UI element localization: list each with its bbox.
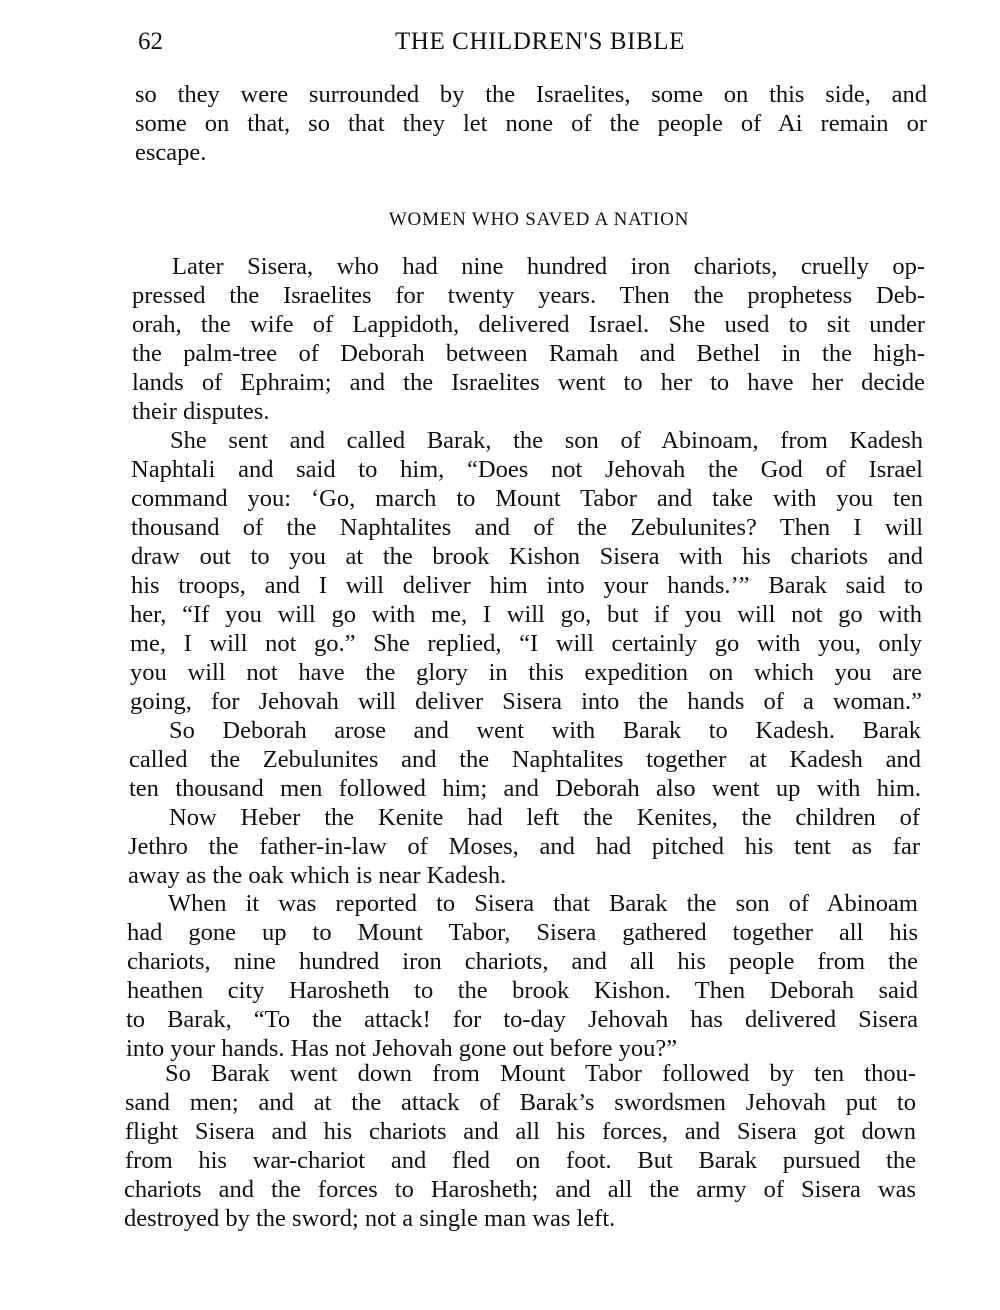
text-line: away as the oak which is near Kadesh.	[128, 861, 920, 890]
text-line: heathen city Harosheth to the brook Kish…	[127, 976, 918, 1005]
text-line: thousand of the Naphtalites and of the Z…	[131, 513, 923, 542]
text-line: his troops, and I will deliver him into …	[131, 571, 923, 600]
text-line: had gone up to Mount Tabor, Sisera gathe…	[127, 918, 918, 947]
text-line: orah, the wife of Lappidoth, delivered I…	[132, 310, 925, 339]
text-line: from his war-chariot and fled on foot. B…	[125, 1146, 916, 1175]
text-line: destroyed by the sword; not a single man…	[124, 1204, 916, 1233]
section-heading: WOMEN WHO SAVED A NATION	[130, 206, 934, 234]
text-line: so they were surrounded by the Israelite…	[135, 80, 927, 109]
text-line: command you: ‘Go, march to Mount Tabor a…	[131, 484, 923, 513]
text-line: chariots, nine hundred iron chariots, an…	[127, 947, 918, 976]
text-line: their disputes.	[132, 397, 925, 426]
book-page: 62 THE CHILDREN'S BIBLE so they were sur…	[0, 0, 1000, 1310]
text-line: escape.	[135, 138, 927, 167]
text-line: me, I will not go.” She replied, “I will…	[130, 629, 922, 658]
text-line: Later Sisera, who had nine hundred iron …	[172, 252, 925, 281]
text-line: Naphtali and said to him, “Does not Jeho…	[131, 455, 923, 484]
text-line: to Barak, “To the attack! for to-day Jeh…	[126, 1005, 918, 1034]
text-line: When it was reported to Sisera that Bara…	[168, 889, 918, 918]
text-line: sand men; and at the attack of Barak’s s…	[125, 1088, 916, 1117]
text-line: lands of Ephraim; and the Israelites wen…	[132, 368, 925, 397]
text-line: Now Heber the Kenite had left the Kenite…	[169, 803, 920, 832]
text-line: chariots and the forces to Harosheth; an…	[124, 1175, 916, 1204]
text-line: some on that, so that they let none of t…	[135, 109, 927, 138]
text-line: going, for Jehovah will deliver Sisera i…	[130, 687, 922, 716]
running-title: THE CHILDREN'S BIBLE	[138, 26, 928, 58]
text-line: called the Zebulunites and the Naphtalit…	[129, 745, 921, 774]
text-line: So Deborah arose and went with Barak to …	[169, 716, 921, 745]
text-line: draw out to you at the brook Kishon Sise…	[131, 542, 923, 571]
text-line: pressed the Israelites for twenty years.…	[132, 281, 925, 310]
text-line: So Barak went down from Mount Tabor foll…	[165, 1059, 916, 1088]
text-line: her, “If you will go with me, I will go,…	[130, 600, 922, 629]
text-line: She sent and called Barak, the son of Ab…	[170, 426, 923, 455]
running-head: 62 THE CHILDREN'S BIBLE	[138, 26, 928, 58]
text-line: Jethro the father-in-law of Moses, and h…	[128, 832, 920, 861]
text-line: you will not have the glory in this expe…	[130, 658, 922, 687]
text-line: flight Sisera and his chariots and all h…	[125, 1117, 916, 1146]
text-line: the palm-tree of Deborah between Ramah a…	[132, 339, 925, 368]
text-line: ten thousand men followed him; and Debor…	[129, 774, 921, 803]
